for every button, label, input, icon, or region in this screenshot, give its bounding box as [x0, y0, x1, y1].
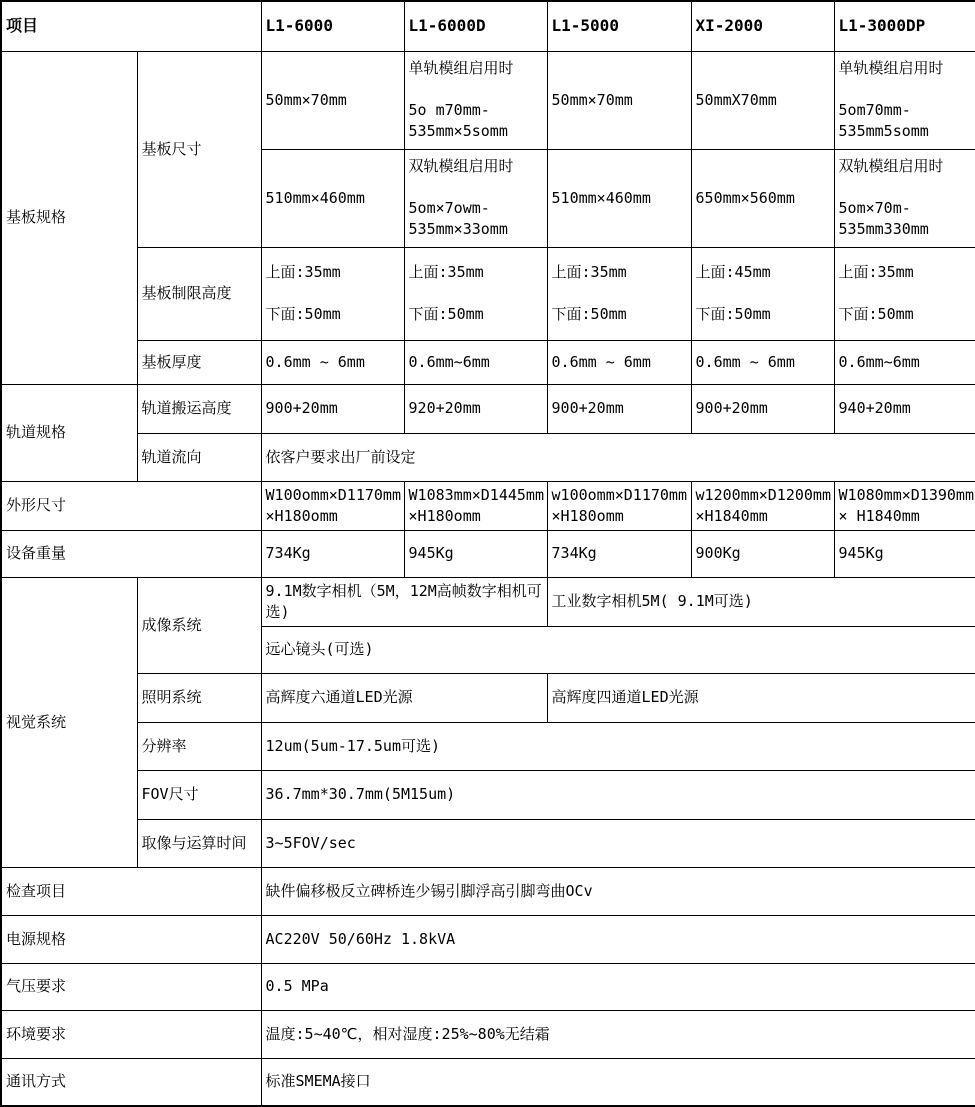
substrate-thickness-xi-2000: 0.6mm ~ 6mm — [691, 340, 834, 384]
rail-flow-row: 轨道流向 依客户要求出厂前设定 — [1, 433, 975, 481]
vision-fov-label: FOV尺寸 — [137, 770, 261, 819]
weight-row: 设备重量 734Kg 945Kg 734Kg 900Kg 945Kg — [1, 530, 975, 577]
air-row: 气压要求 0.5 MPa — [1, 963, 975, 1010]
substrate-size-single-l1-3000dp: 单轨模组启用时 5om70mm- 535mm5somm — [834, 51, 975, 149]
communication-label: 通讯方式 — [1, 1058, 261, 1106]
substrate-group-label: 基板规格 — [1, 51, 137, 384]
communication-row: 通讯方式 标准SMEMA接口 — [1, 1058, 975, 1106]
air-label: 气压要求 — [1, 963, 261, 1010]
substrate-size-label: 基板尺寸 — [137, 51, 261, 247]
substrate-size-single-row: 基板规格 基板尺寸 50mm×70mm 单轨模组启用时 5o m70mm- 53… — [1, 51, 975, 149]
weight-l1-5000: 734Kg — [547, 530, 691, 577]
rail-group-label: 轨道规格 — [1, 384, 137, 481]
substrate-thickness-l1-6000: 0.6mm ~ 6mm — [261, 340, 404, 384]
header-model-l1-5000: L1-5000 — [547, 1, 691, 51]
power-value: AC220V 50/60Hz 1.8kVA — [261, 915, 975, 963]
vision-lighting-row: 照明系统 高辉度六通道LED光源 高辉度四通道LED光源 — [1, 673, 975, 722]
vision-capture-time-value: 3~5FOV/sec — [261, 819, 975, 867]
vision-imaging-label: 成像系统 — [137, 577, 261, 673]
header-model-l1-6000d: L1-6000D — [404, 1, 547, 51]
rail-transfer-height-l1-6000: 900+20mm — [261, 384, 404, 433]
power-label: 电源规格 — [1, 915, 261, 963]
inspection-label: 检查项目 — [1, 867, 261, 915]
header-model-xi-2000: XI-2000 — [691, 1, 834, 51]
vision-capture-time-row: 取像与运算时间 3~5FOV/sec — [1, 819, 975, 867]
substrate-size-single-l1-6000: 50mm×70mm — [261, 51, 404, 149]
vision-resolution-value: 12um(5um-17.5um可选) — [261, 722, 975, 770]
vision-group-label: 视觉系统 — [1, 577, 137, 867]
environment-label: 环境要求 — [1, 1010, 261, 1058]
dimensions-xi-2000: w1200mm×D1200mm ×H1840mm — [691, 481, 834, 530]
substrate-size-dual-l1-6000d: 双轨模组启用时 5om×7owm- 535mm×33omm — [404, 149, 547, 247]
weight-l1-6000d: 945Kg — [404, 530, 547, 577]
rail-transfer-height-l1-3000dp: 940+20mm — [834, 384, 975, 433]
substrate-height-limit-l1-6000d: 上面:35mm 下面:50mm — [404, 247, 547, 340]
rail-transfer-height-row: 轨道规格 轨道搬运高度 900+20mm 920+20mm 900+20mm 9… — [1, 384, 975, 433]
header-item-label: 项目 — [1, 1, 261, 51]
dimensions-l1-5000: w100omm×D1170mm ×H180omm — [547, 481, 691, 530]
header-row: 项目 L1-6000 L1-6000D L1-5000 XI-2000 L1-3… — [1, 1, 975, 51]
spec-sheet-page: 项目 L1-6000 L1-6000D L1-5000 XI-2000 L1-3… — [0, 0, 975, 1105]
vision-imaging-lens: 远心镜头(可选) — [261, 626, 975, 673]
substrate-thickness-label: 基板厚度 — [137, 340, 261, 384]
weight-l1-3000dp: 945Kg — [834, 530, 975, 577]
spec-table: 项目 L1-6000 L1-6000D L1-5000 XI-2000 L1-3… — [0, 0, 975, 1107]
substrate-thickness-l1-3000dp: 0.6mm~6mm — [834, 340, 975, 384]
dimensions-l1-3000dp: W1080mm×D1390mm × H1840mm — [834, 481, 975, 530]
substrate-size-single-xi-2000: 50mmX70mm — [691, 51, 834, 149]
rail-transfer-height-l1-5000: 900+20mm — [547, 384, 691, 433]
substrate-thickness-l1-5000: 0.6mm ~ 6mm — [547, 340, 691, 384]
communication-value: 标准SMEMA接口 — [261, 1058, 975, 1106]
rail-transfer-height-l1-6000d: 920+20mm — [404, 384, 547, 433]
vision-fov-row: FOV尺寸 36.7mm*30.7mm(5M15um) — [1, 770, 975, 819]
vision-imaging-camera-row: 视觉系统 成像系统 9.1M数字相机（5M，12M高帧数字相机可选) 工业数字相… — [1, 577, 975, 626]
weight-l1-6000: 734Kg — [261, 530, 404, 577]
rail-transfer-height-xi-2000: 900+20mm — [691, 384, 834, 433]
environment-value: 温度:5~40℃，相对湿度:25%~80%无结霜 — [261, 1010, 975, 1058]
header-model-l1-6000: L1-6000 — [261, 1, 404, 51]
substrate-height-limit-label: 基板制限高度 — [137, 247, 261, 340]
substrate-size-dual-l1-6000: 510mm×460mm — [261, 149, 404, 247]
substrate-size-dual-xi-2000: 650mm×560mm — [691, 149, 834, 247]
rail-flow-value: 依客户要求出厂前设定 — [261, 433, 975, 481]
vision-lighting-label: 照明系统 — [137, 673, 261, 722]
substrate-thickness-row: 基板厚度 0.6mm ~ 6mm 0.6mm~6mm 0.6mm ~ 6mm 0… — [1, 340, 975, 384]
power-row: 电源规格 AC220V 50/60Hz 1.8kVA — [1, 915, 975, 963]
inspection-row: 检查项目 缺件偏移极反立碑桥连少锡引脚浮高引脚弯曲OCv — [1, 867, 975, 915]
inspection-value: 缺件偏移极反立碑桥连少锡引脚浮高引脚弯曲OCv — [261, 867, 975, 915]
dimensions-l1-6000d: W1083mm×D1445mm ×H180omm — [404, 481, 547, 530]
substrate-size-dual-l1-3000dp: 双轨模组启用时 5om×70m- 535mm330mm — [834, 149, 975, 247]
substrate-height-limit-row: 基板制限高度 上面:35mm 下面:50mm 上面:35mm 下面:50mm 上… — [1, 247, 975, 340]
dimensions-l1-6000: W100omm×D1170mm ×H180omm — [261, 481, 404, 530]
air-value: 0.5 MPa — [261, 963, 975, 1010]
vision-capture-time-label: 取像与运算时间 — [137, 819, 261, 867]
rail-flow-label: 轨道流向 — [137, 433, 261, 481]
environment-row: 环境要求 温度:5~40℃，相对湿度:25%~80%无结霜 — [1, 1010, 975, 1058]
substrate-height-limit-l1-3000dp: 上面:35mm 下面:50mm — [834, 247, 975, 340]
substrate-height-limit-l1-6000: 上面:35mm 下面:50mm — [261, 247, 404, 340]
substrate-height-limit-xi-2000: 上面:45mm 下面:50mm — [691, 247, 834, 340]
weight-label: 设备重量 — [1, 530, 261, 577]
header-model-l1-3000dp: L1-3000DP — [834, 1, 975, 51]
substrate-thickness-l1-6000d: 0.6mm~6mm — [404, 340, 547, 384]
weight-xi-2000: 900Kg — [691, 530, 834, 577]
vision-resolution-row: 分辨率 12um(5um-17.5um可选) — [1, 722, 975, 770]
vision-lighting-right: 高辉度四通道LED光源 — [547, 673, 975, 722]
substrate-height-limit-l1-5000: 上面:35mm 下面:50mm — [547, 247, 691, 340]
vision-imaging-camera-left: 9.1M数字相机（5M，12M高帧数字相机可选) — [261, 577, 547, 626]
dimensions-row: 外形尺寸 W100omm×D1170mm ×H180omm W1083mm×D1… — [1, 481, 975, 530]
substrate-size-dual-l1-5000: 510mm×460mm — [547, 149, 691, 247]
vision-resolution-label: 分辨率 — [137, 722, 261, 770]
dimensions-label: 外形尺寸 — [1, 481, 261, 530]
substrate-size-single-l1-6000d: 单轨模组启用时 5o m70mm- 535mm×5somm — [404, 51, 547, 149]
rail-transfer-height-label: 轨道搬运高度 — [137, 384, 261, 433]
vision-fov-value: 36.7mm*30.7mm(5M15um) — [261, 770, 975, 819]
vision-imaging-camera-right: 工业数字相机5M( 9.1M可选) — [547, 577, 975, 626]
vision-lighting-left: 高辉度六通道LED光源 — [261, 673, 547, 722]
substrate-size-single-l1-5000: 50mm×70mm — [547, 51, 691, 149]
